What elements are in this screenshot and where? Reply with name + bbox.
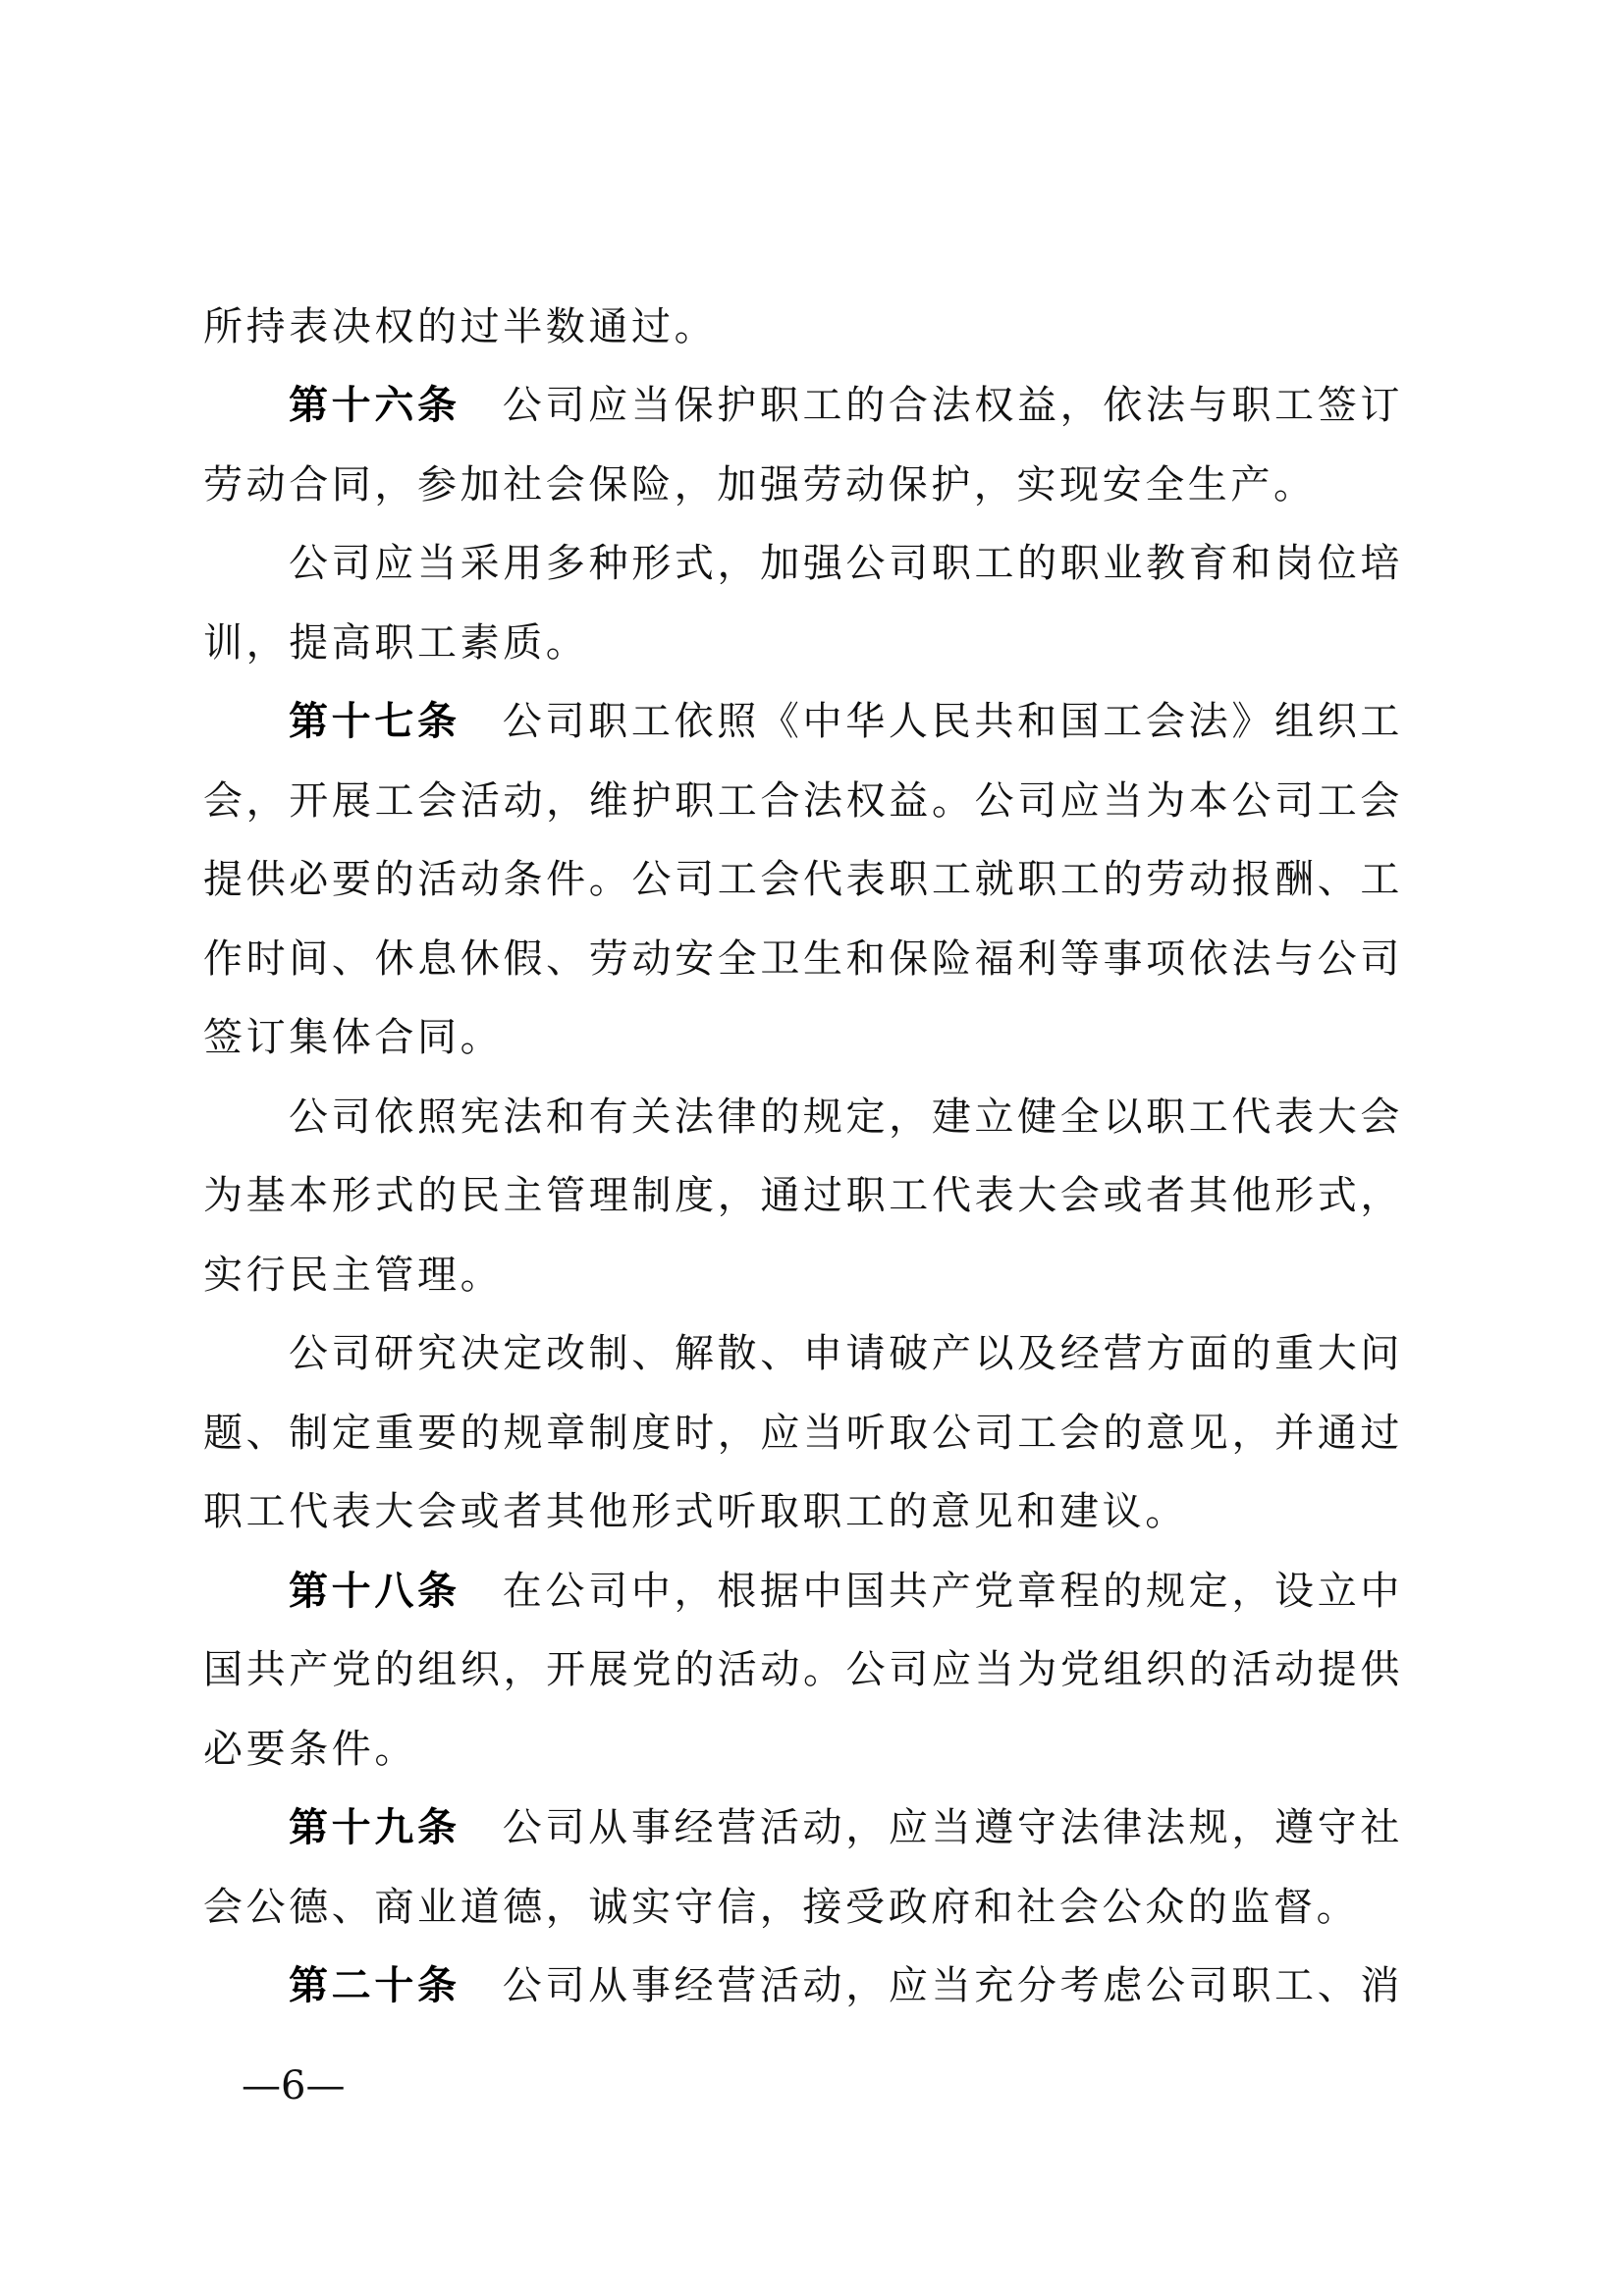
page-number: —6— bbox=[242, 2061, 345, 2110]
body-text: 公司应当保护职工的合法权益，依法与职工签订 bbox=[503, 383, 1403, 428]
body-text: 公司从事经营活动，应当充分考虑公司职工、消 bbox=[503, 1963, 1403, 2008]
body-text: 劳动合同，参加社会保险，加强劳动保护，实现安全生产。 bbox=[203, 462, 1317, 507]
body-text: 所持表决权的过半数通过。 bbox=[203, 304, 717, 349]
paragraph-start-line: 公司应当采用多种形式，加强公司职工的职业教育和岗位培 bbox=[203, 524, 1403, 603]
paragraph-start-line: 公司依照宪法和有关法律的规定，建立健全以职工代表大会 bbox=[203, 1078, 1403, 1156]
body-text: 在公司中，根据中国共产党章程的规定，设立中 bbox=[503, 1569, 1403, 1614]
body-text: 为基本形式的民主管理制度，通过职工代表大会或者其他形式， bbox=[203, 1173, 1403, 1218]
body-text: 题、制定重要的规章制度时，应当听取公司工会的意见，并通过 bbox=[203, 1411, 1403, 1456]
document-page: 所持表决权的过半数通过。 第十六条公司应当保护职工的合法权益，依法与职工签订 劳… bbox=[0, 0, 1624, 2296]
article-19-line: 第十九条公司从事经营活动，应当遵守法律法规，遵守社 bbox=[203, 1789, 1403, 1867]
article-20-line: 第二十条公司从事经营活动，应当充分考虑公司职工、消 bbox=[203, 1947, 1403, 2025]
text-line: 会公德、商业道德，诚实守信，接受政府和社会公众的监督。 bbox=[203, 1868, 1403, 1947]
body-text: 训，提高职工素质。 bbox=[203, 620, 588, 666]
text-line: 实行民主管理。 bbox=[203, 1236, 1403, 1314]
text-line: 签订集体合同。 bbox=[203, 998, 1403, 1077]
body-text: 国共产党的组织，开展党的活动。公司应当为党组织的活动提供 bbox=[203, 1647, 1403, 1692]
article-heading: 第十六条 bbox=[289, 383, 460, 428]
body-text: 公司从事经营活动，应当遵守法律法规，遵守社 bbox=[503, 1805, 1403, 1850]
body-text: 会公德、商业道德，诚实守信，接受政府和社会公众的监督。 bbox=[203, 1885, 1359, 1930]
article-heading: 第十七条 bbox=[289, 699, 460, 744]
text-line: 必要条件。 bbox=[203, 1710, 1403, 1789]
text-line: 职工代表大会或者其他形式听取职工的意见和建议。 bbox=[203, 1472, 1403, 1551]
body-text: 公司研究决定改制、解散、申请破产以及经营方面的重大问 bbox=[289, 1331, 1403, 1376]
body-text: 会，开展工会活动，维护职工合法权益。公司应当为本公司工会 bbox=[203, 778, 1403, 824]
text-line: 所持表决权的过半数通过。 bbox=[203, 288, 1403, 366]
article-heading: 第十八条 bbox=[289, 1569, 460, 1614]
article-heading: 第二十条 bbox=[289, 1963, 460, 2008]
body-text: 签订集体合同。 bbox=[203, 1015, 503, 1060]
article-18-line: 第十八条在公司中，根据中国共产党章程的规定，设立中 bbox=[203, 1552, 1403, 1630]
article-heading: 第十九条 bbox=[289, 1805, 460, 1850]
text-line: 题、制定重要的规章制度时，应当听取公司工会的意见，并通过 bbox=[203, 1394, 1403, 1472]
text-line: 为基本形式的民主管理制度，通过职工代表大会或者其他形式， bbox=[203, 1156, 1403, 1235]
article-16-line: 第十六条公司应当保护职工的合法权益，依法与职工签订 bbox=[203, 366, 1403, 445]
body-text: 作时间、休息休假、劳动安全卫生和保险福利等事项依法与公司 bbox=[203, 936, 1403, 982]
body-text: 公司依照宪法和有关法律的规定，建立健全以职工代表大会 bbox=[289, 1095, 1403, 1140]
body-text: 职工代表大会或者其他形式听取职工的意见和建议。 bbox=[203, 1489, 1188, 1534]
body-text: 公司应当采用多种形式，加强公司职工的职业教育和岗位培 bbox=[289, 541, 1403, 586]
text-line: 训，提高职工素质。 bbox=[203, 604, 1403, 682]
article-17-line: 第十七条公司职工依照《中华人民共和国工会法》组织工 bbox=[203, 682, 1403, 761]
body-text: 实行民主管理。 bbox=[203, 1253, 503, 1298]
text-line: 劳动合同，参加社会保险，加强劳动保护，实现安全生产。 bbox=[203, 446, 1403, 524]
body-text: 必要条件。 bbox=[203, 1727, 417, 1772]
body-text: 公司职工依照《中华人民共和国工会法》组织工 bbox=[503, 699, 1403, 744]
text-line: 提供必要的活动条件。公司工会代表职工就职工的劳动报酬、工 bbox=[203, 840, 1403, 919]
paragraph-start-line: 公司研究决定改制、解散、申请破产以及经营方面的重大问 bbox=[203, 1314, 1403, 1393]
body-text: 提供必要的活动条件。公司工会代表职工就职工的劳动报酬、工 bbox=[203, 857, 1403, 902]
text-line: 作时间、休息休假、劳动安全卫生和保险福利等事项依法与公司 bbox=[203, 920, 1403, 998]
text-line: 国共产党的组织，开展党的活动。公司应当为党组织的活动提供 bbox=[203, 1630, 1403, 1709]
text-line: 会，开展工会活动，维护职工合法权益。公司应当为本公司工会 bbox=[203, 762, 1403, 840]
